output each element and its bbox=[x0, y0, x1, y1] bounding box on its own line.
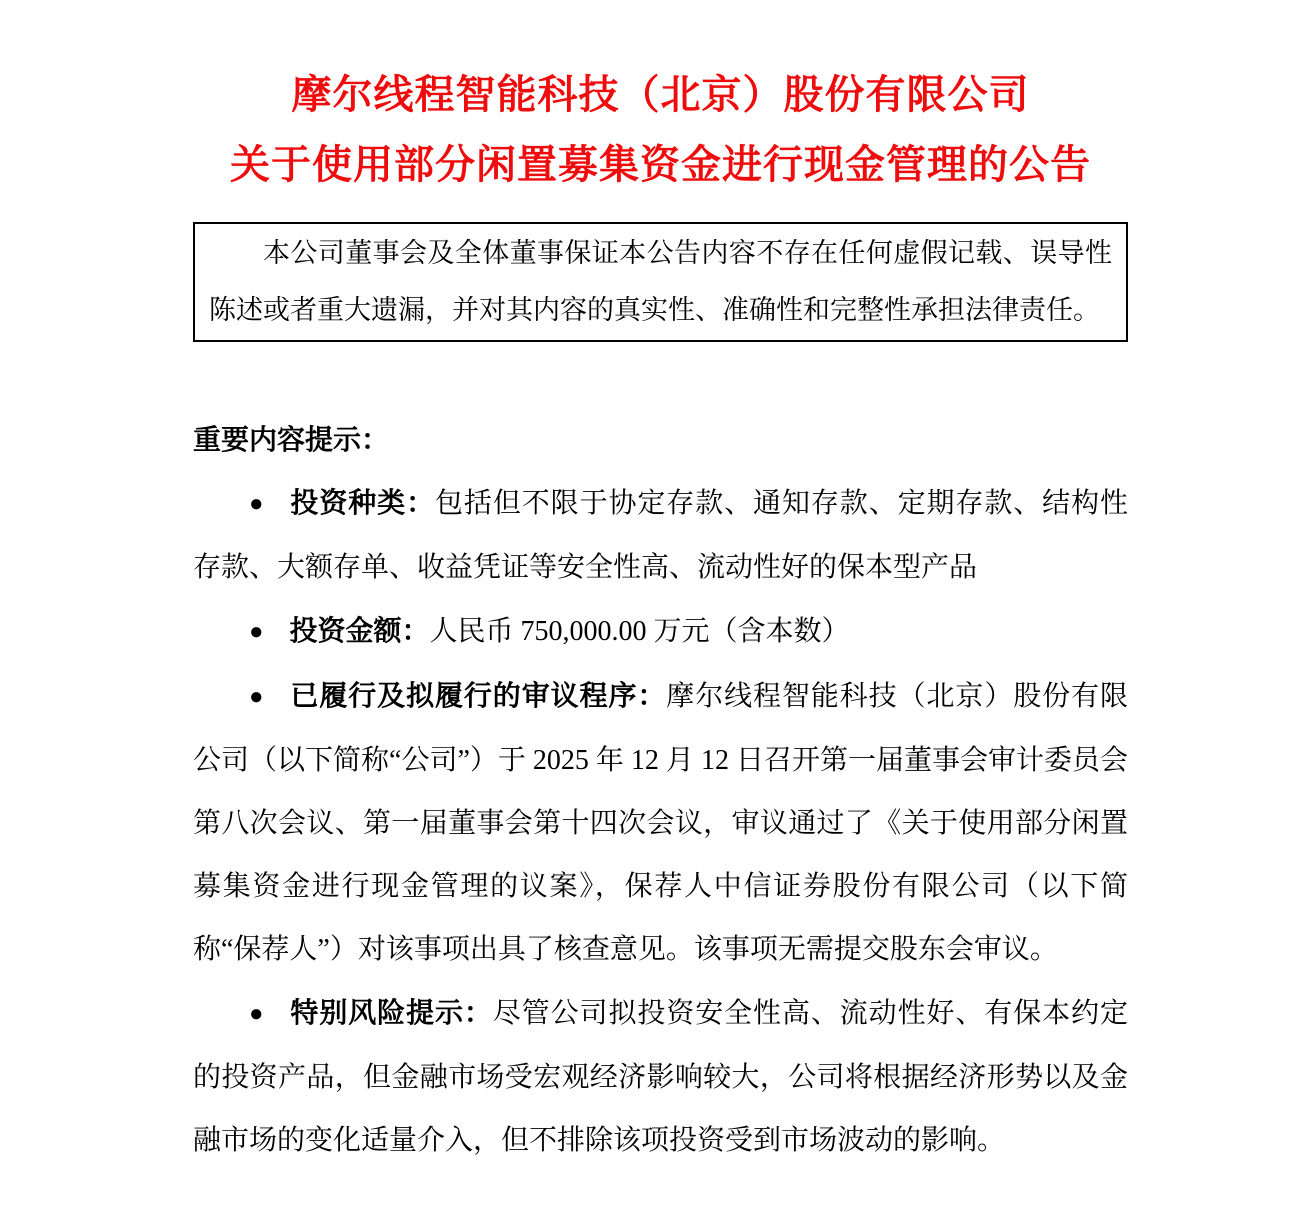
disclaimer-text: 本公司董事会及全体董事保证本公告内容不存在任何虚假记载、误导性陈述或者重大遗漏，… bbox=[209, 225, 1112, 339]
document-title-line1: 摩尔线程智能科技（北京）股份有限公司 bbox=[193, 60, 1128, 130]
important-notice-heading: 重要内容提示： bbox=[193, 408, 1128, 471]
bullet-label: 投资金额： bbox=[290, 615, 430, 646]
bullet-icon: ● bbox=[249, 491, 264, 517]
bullet-icon: ● bbox=[249, 619, 264, 645]
bullet-icon: ● bbox=[249, 1001, 264, 1027]
bullet-label: 特别风险提示： bbox=[290, 997, 492, 1028]
document-title: 摩尔线程智能科技（北京）股份有限公司 关于使用部分闲置募集资金进行现金管理的公告 bbox=[193, 60, 1128, 200]
bullet-label: 投资种类： bbox=[290, 487, 435, 518]
bullet-label: 已履行及拟履行的审议程序： bbox=[290, 680, 666, 711]
notice-bullet-list: ●投资种类：包括但不限于协定存款、通知存款、定期存款、结构性存款、大额存单、收益… bbox=[193, 471, 1128, 1172]
disclaimer-box: 本公司董事会及全体董事保证本公告内容不存在任何虚假记载、误导性陈述或者重大遗漏，… bbox=[193, 222, 1128, 342]
bullet-item-review-procedures: ●已履行及拟履行的审议程序：摩尔线程智能科技（北京）股份有限公司（以下简称“公司… bbox=[193, 664, 1128, 981]
bullet-item-investment-type: ●投资种类：包括但不限于协定存款、通知存款、定期存款、结构性存款、大额存单、收益… bbox=[193, 471, 1128, 599]
bullet-item-special-risk: ●特别风险提示：尽管公司拟投资安全性高、流动性好、有保本约定的投资产品，但金融市… bbox=[193, 981, 1128, 1172]
document-page: 摩尔线程智能科技（北京）股份有限公司 关于使用部分闲置募集资金进行现金管理的公告… bbox=[0, 0, 1316, 1172]
bullet-text: 人民币 750,000.00 万元（含本数） bbox=[430, 616, 850, 647]
bullet-text: 摩尔线程智能科技（北京）股份有限公司（以下简称“公司”）于 2025 年 12 … bbox=[193, 681, 1128, 965]
document-title-line2: 关于使用部分闲置募集资金进行现金管理的公告 bbox=[193, 130, 1128, 200]
bullet-icon: ● bbox=[249, 684, 264, 710]
bullet-item-investment-amount: ●投资金额：人民币 750,000.00 万元（含本数） bbox=[193, 599, 1128, 664]
